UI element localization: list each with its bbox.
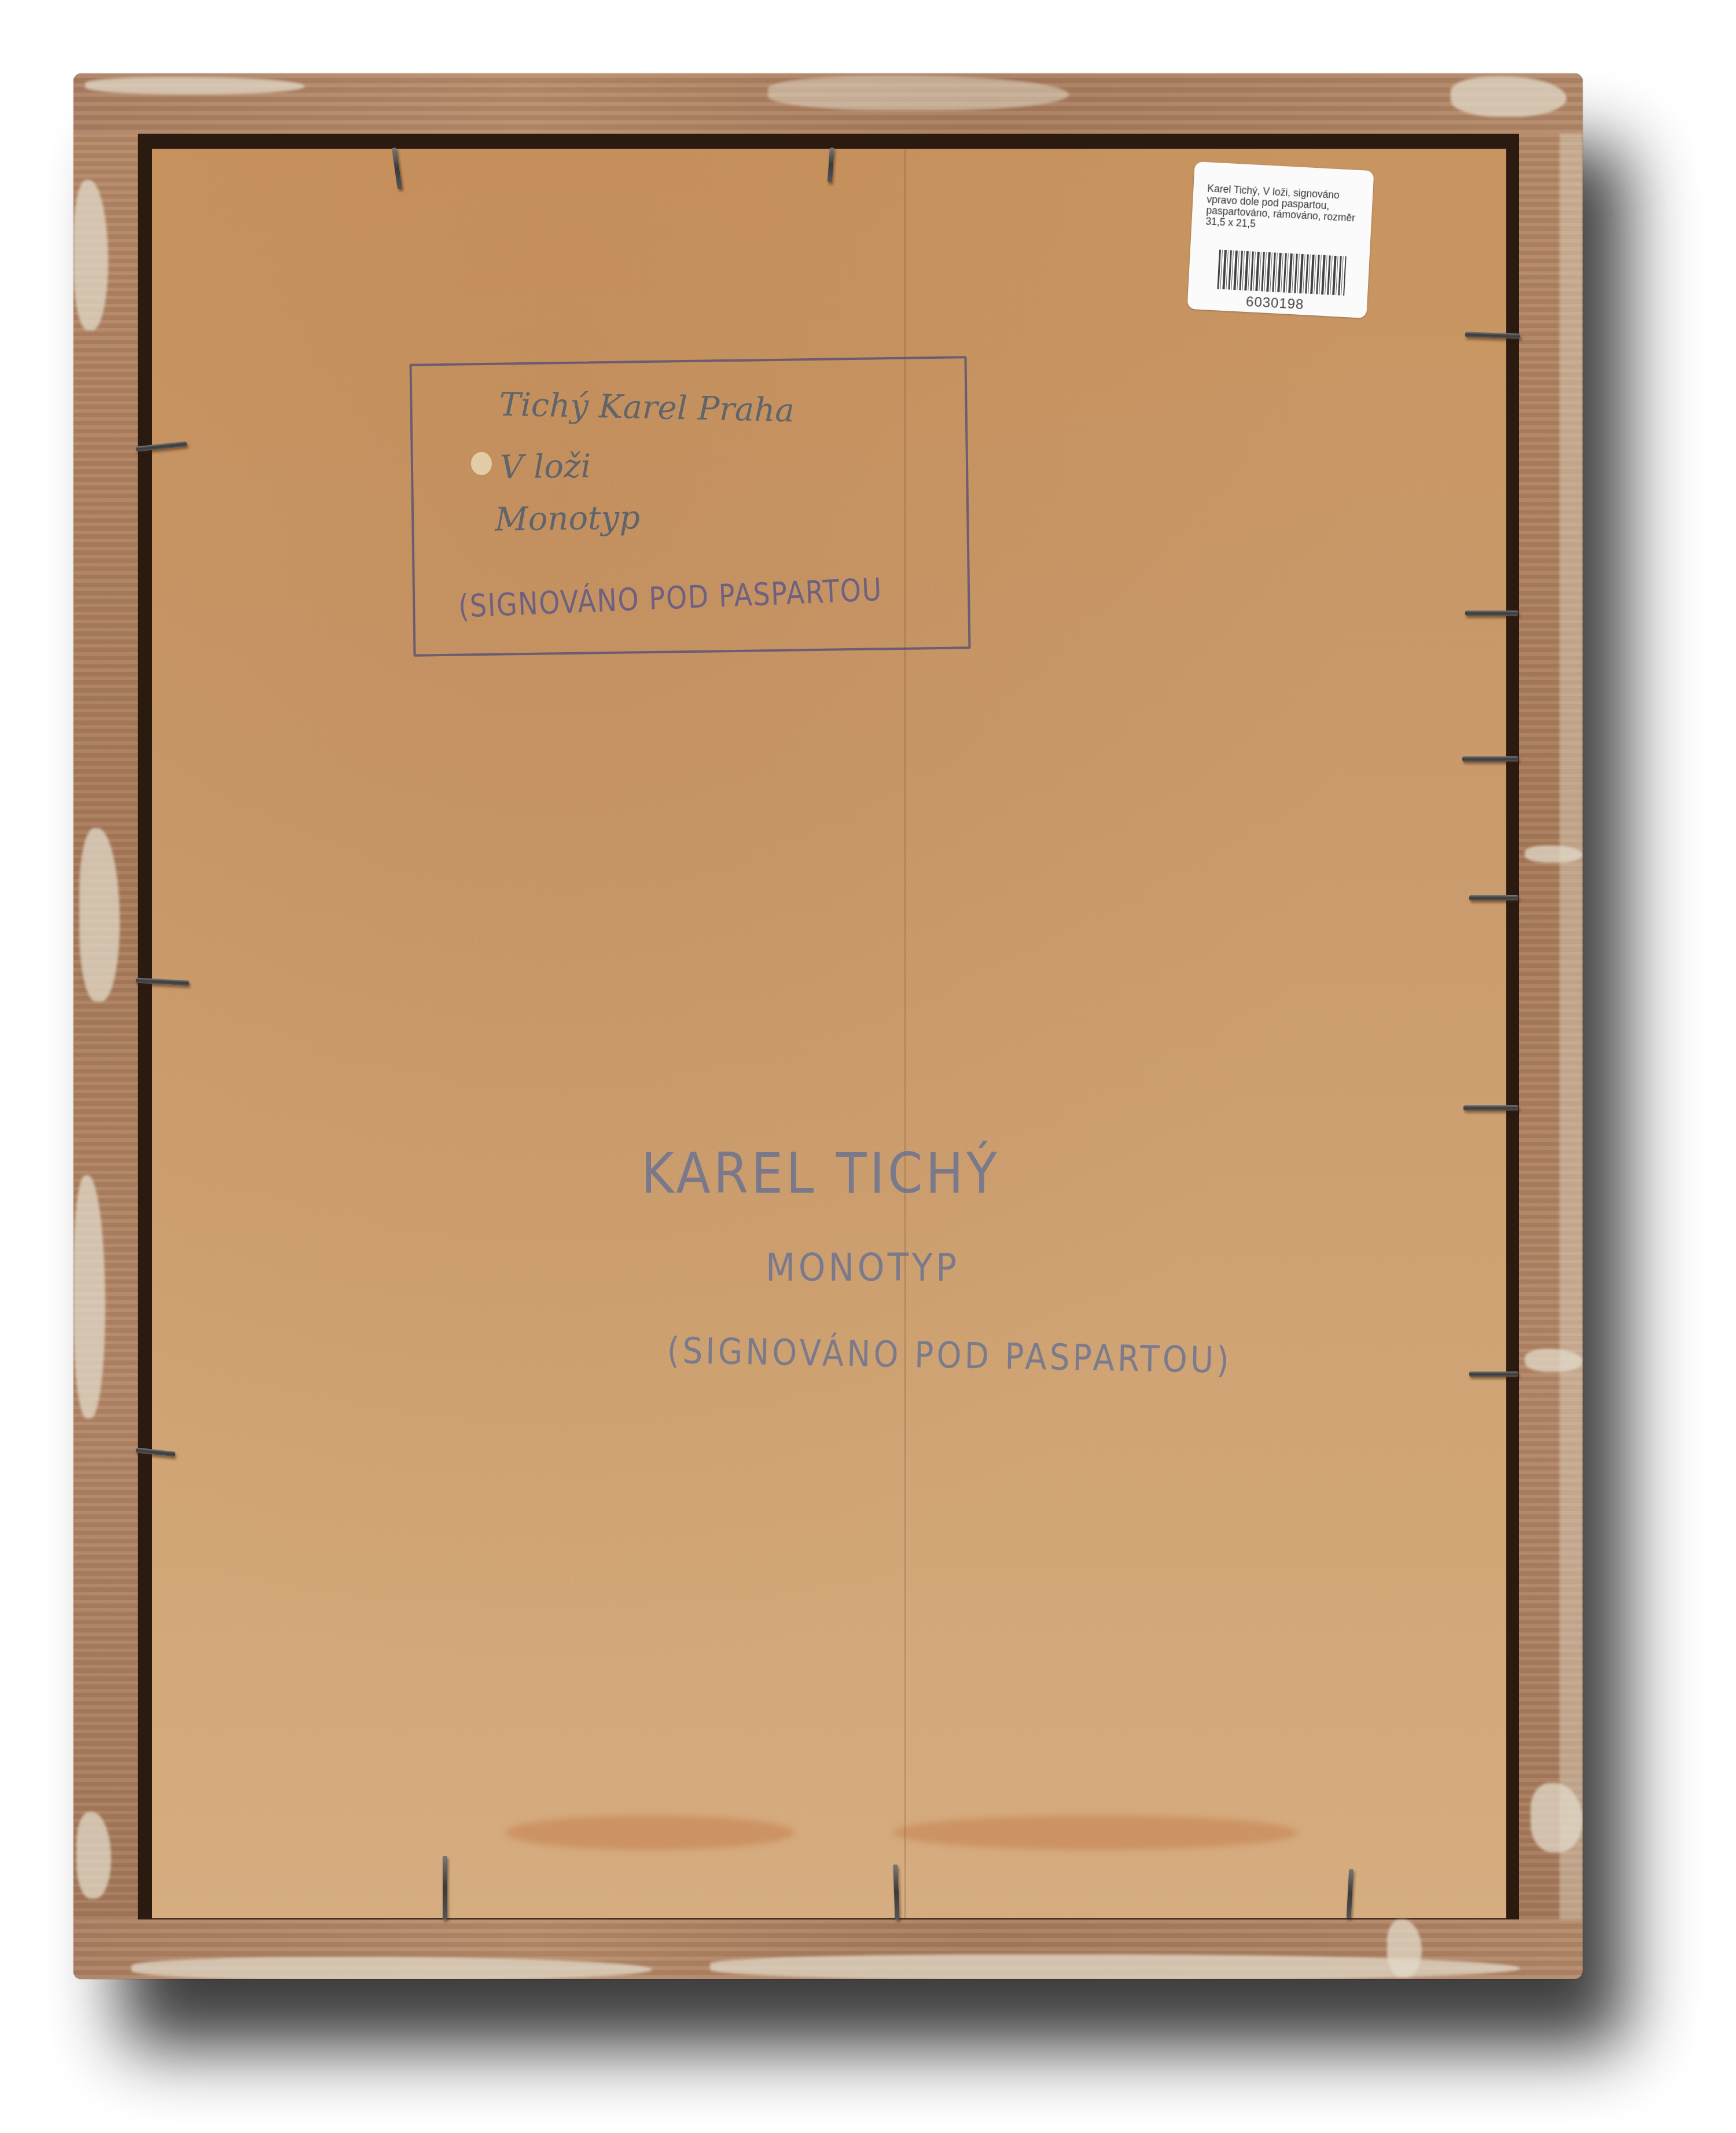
barcode-icon bbox=[1217, 249, 1346, 295]
paper-hole bbox=[471, 452, 492, 475]
hardboard-backing: Tichý Karel Praha V loži Monotyp (SIGNOV… bbox=[152, 149, 1506, 1918]
label-description: Karel Tichý, V loži, signováno vpravo do… bbox=[1205, 183, 1360, 235]
nail-icon bbox=[1463, 1105, 1518, 1110]
nail-icon bbox=[443, 1856, 447, 1919]
hand-note-line: V loži bbox=[500, 447, 591, 486]
nail-icon bbox=[1469, 1371, 1518, 1377]
frame-bottom-rail bbox=[73, 1919, 1583, 1979]
pencil-note-technique: MONOTYP bbox=[766, 1245, 959, 1290]
nail-icon bbox=[1462, 756, 1518, 762]
nail-icon bbox=[1465, 611, 1518, 616]
frame-left-stile bbox=[73, 134, 138, 1919]
hand-note-line: Monotyp bbox=[495, 499, 641, 538]
frame-right-stile bbox=[1519, 134, 1583, 1919]
nail-icon bbox=[1469, 895, 1518, 900]
picture-frame: Tichý Karel Praha V loži Monotyp (SIGNOV… bbox=[73, 73, 1583, 1979]
inventory-label: Karel Tichý, V loži, signováno vpravo do… bbox=[1187, 161, 1374, 318]
handwritten-note-box: Tichý Karel Praha V loži Monotyp (SIGNOV… bbox=[410, 356, 971, 656]
hand-note-line: (SIGNOVÁNO POD PASPARTOU bbox=[458, 571, 883, 624]
pencil-note-signature: (SIGNOVÁNO POD PASPARTOU) bbox=[667, 1329, 1232, 1381]
pencil-note-artist: KAREL TICHÝ bbox=[641, 1141, 1000, 1206]
hand-note-line: Tichý Karel Praha bbox=[499, 386, 795, 430]
frame-top-rail bbox=[73, 73, 1583, 134]
